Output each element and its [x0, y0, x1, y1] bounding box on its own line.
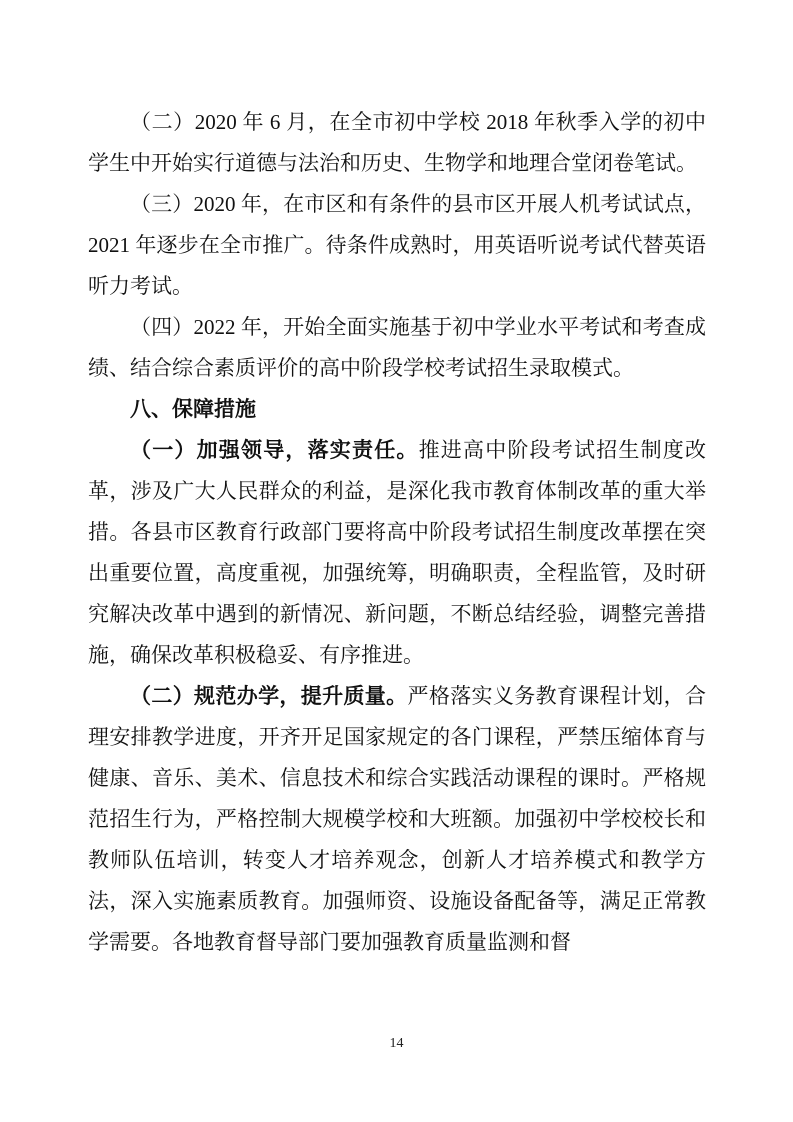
section-heading-8: 八、保障措施 — [88, 389, 706, 430]
paragraph-text: （二）2020 年 6 月，在全市初中学校 2018 年秋季入学的初中学生中开始… — [88, 110, 706, 175]
paragraph-text: 严格落实义务教育课程计划，合理安排教学进度，开齐开足国家规定的各门课程，严禁压缩… — [88, 684, 706, 954]
paragraph-measure-2: （二）规范办学，提升质量。严格落实义务教育课程计划，合理安排教学进度，开齐开足国… — [88, 676, 706, 963]
page-number: 14 — [0, 1036, 793, 1052]
paragraph-item-3: （三）2020 年，在市区和有条件的县市区开展人机考试试点，2021 年逐步在全… — [88, 184, 706, 307]
document-body: （二）2020 年 6 月，在全市初中学校 2018 年秋季入学的初中学生中开始… — [88, 102, 706, 963]
paragraph-item-2: （二）2020 年 6 月，在全市初中学校 2018 年秋季入学的初中学生中开始… — [88, 102, 706, 184]
paragraph-text: 推进高中阶段考试招生制度改革，涉及广大人民群众的利益，是深化我市教育体制改革的重… — [88, 438, 706, 667]
paragraph-lead: （一）加强领导，落实责任。 — [130, 438, 419, 462]
document-page: （二）2020 年 6 月，在全市初中学校 2018 年秋季入学的初中学生中开始… — [0, 0, 793, 1122]
paragraph-text: （四）2022 年，开始全面实施基于初中学业水平考试和考查成绩、结合综合素质评价… — [88, 315, 706, 380]
paragraph-text: （三）2020 年，在市区和有条件的县市区开展人机考试试点，2021 年逐步在全… — [88, 192, 706, 298]
paragraph-lead: （二）规范办学，提升质量。 — [130, 684, 408, 708]
paragraph-item-4: （四）2022 年，开始全面实施基于初中学业水平考试和考查成绩、结合综合素质评价… — [88, 307, 706, 389]
paragraph-measure-1: （一）加强领导，落实责任。推进高中阶段考试招生制度改革，涉及广大人民群众的利益，… — [88, 430, 706, 676]
